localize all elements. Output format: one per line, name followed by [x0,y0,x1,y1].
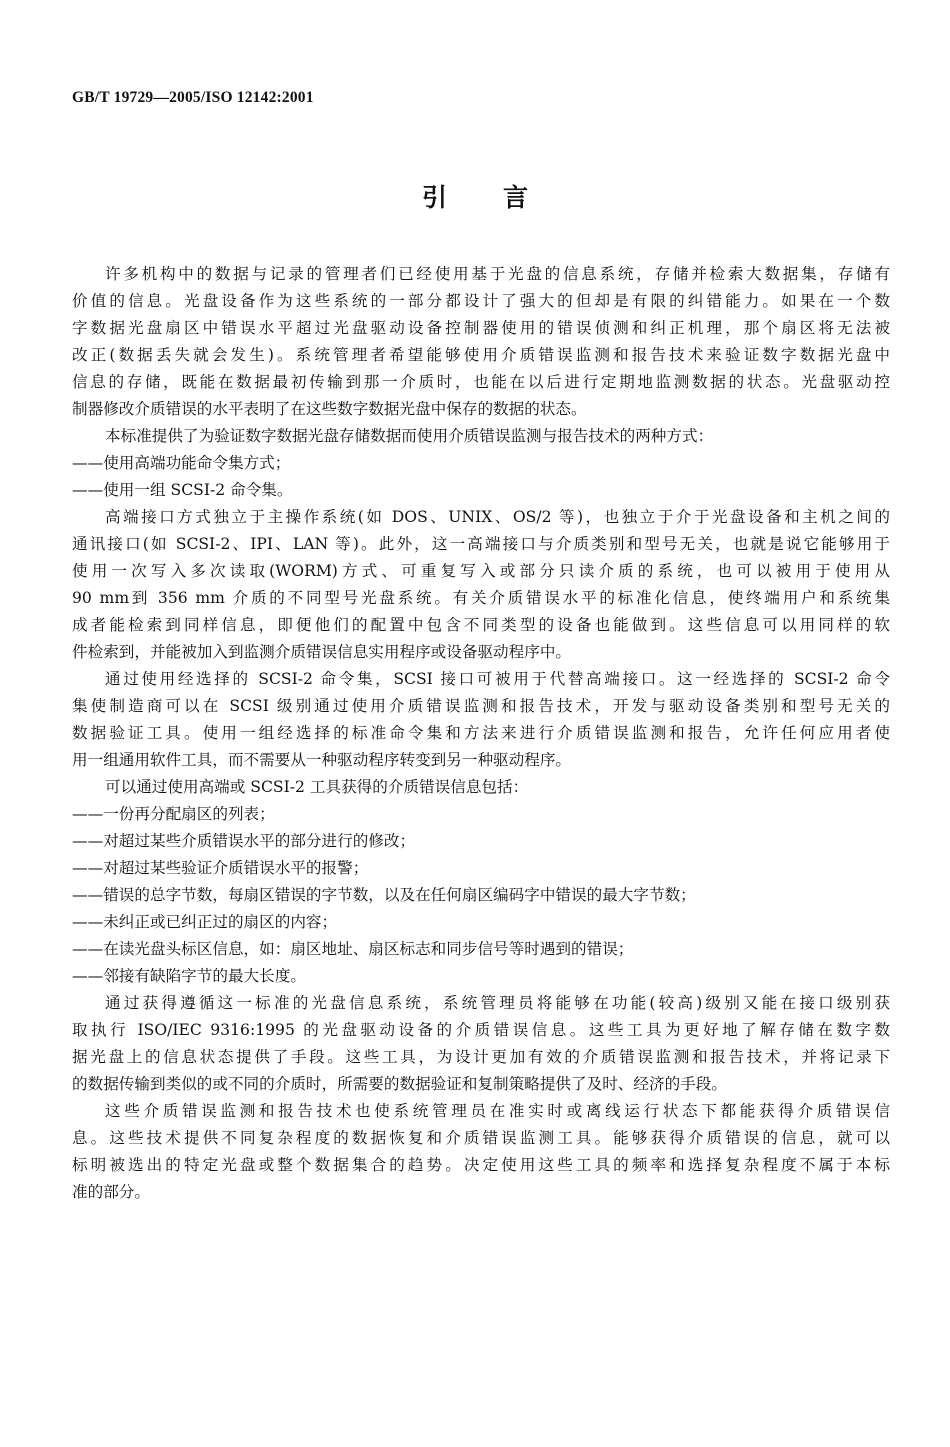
text-line: 用一组通用软件工具，而不需要从一种驱动程序转变到另一种驱动程序。 [72,747,890,774]
section-title: 引言 [0,178,950,214]
text-line: 信息的存储，既能在数据最初传输到那一介质时，也能在以后进行定期地监测数据的状态。… [72,369,890,396]
list-item: ——错误的总字节数，每扇区错误的字节数，以及在任何扇区编码字中错误的最大字节数； [72,882,890,909]
list-item: ——对超过某些验证介质错误水平的报警； [72,855,890,882]
text-line: 价值的信息。光盘设备作为这些系统的一部分都设计了强大的但却是有限的纠错能力。如果… [72,288,890,315]
text-line: 本标准提供了为验证数字数据光盘存储数据而使用介质错误监测与报告技术的两种方式： [72,423,890,450]
text-line: ——对超过某些验证介质错误水平的报警； [72,855,890,882]
text-line: 许多机构中的数据与记录的管理者们已经使用基于光盘的信息系统，存储并检索大数据集，… [72,261,890,288]
list-item: ——使用一组 SCSI-2 命令集。 [72,477,890,504]
text-line: 的数据传输到类似的或不同的介质时，所需要的数据验证和复制策略提供了及时、经济的手… [72,1071,890,1098]
text-line: 这些介质错误监测和报告技术也使系统管理员在准实时或离线运行状态下都能获得介质错误… [72,1098,890,1125]
list-item: ——在读光盘头标区信息，如：扇区地址、扇区标志和同步信号等时遇到的错误； [72,936,890,963]
text-line: 制器修改介质错误的水平表明了在这些数字数据光盘中保存的数据的状态。 [72,396,890,423]
standard-number: GB/T 19729—2005/ISO 12142:2001 [72,89,314,106]
text-line: 可以通过使用高端或 SCSI-2 工具获得的介质错误信息包括： [72,774,890,801]
text-line: ——邻接有缺陷字节的最大长度。 [72,963,890,990]
paragraph: 可以通过使用高端或 SCSI-2 工具获得的介质错误信息包括： [72,774,890,801]
text-line: 使用一次写入多次读取(WORM)方式、可重复写入或部分只读介质的系统，也可以被用… [72,558,890,585]
text-line: ——使用高端功能命令集方式； [72,450,890,477]
title-char-2: 言 [503,178,528,214]
text-line: 标明被选出的特定光盘或整个数据集合的趋势。决定使用这些工具的频率和选择复杂程度不… [72,1152,890,1179]
title-char-1: 引 [422,178,447,214]
text-line: 字数据光盘扇区中错误水平超过光盘驱动设备控制器使用的错误侦测和纠正机理，那个扇区… [72,315,890,342]
standard-number-header: GB/T 19729—2005/ISO 12142:2001 [72,89,314,107]
paragraph: 高端接口方式独立于主操作系统(如 DOS、UNIX、OS/2 等)，也独立于介于… [72,504,890,666]
document-body: 许多机构中的数据与记录的管理者们已经使用基于光盘的信息系统，存储并检索大数据集，… [72,261,890,1206]
text-line: 通过获得遵循这一标准的光盘信息系统，系统管理员将能够在功能(较高)级别又能在接口… [72,990,890,1017]
list-item: ——未纠正或已纠正过的扇区的内容； [72,909,890,936]
text-line: ——在读光盘头标区信息，如：扇区地址、扇区标志和同步信号等时遇到的错误； [72,936,890,963]
text-line: 准的部分。 [72,1179,890,1206]
list-item: ——使用高端功能命令集方式； [72,450,890,477]
text-line: 件检索到，并能被加入到监测介质错误信息实用程序或设备驱动程序中。 [72,639,890,666]
paragraph: 许多机构中的数据与记录的管理者们已经使用基于光盘的信息系统，存储并检索大数据集，… [72,261,890,423]
text-line: 据光盘上的信息状态提供了手段。这些工具，为设计更加有效的介质错误监测和报告技术，… [72,1044,890,1071]
text-line: ——错误的总字节数，每扇区错误的字节数，以及在任何扇区编码字中错误的最大字节数； [72,882,890,909]
text-line: 集使制造商可以在 SCSI 级别通过使用介质错误监测和报告技术，开发与驱动设备类… [72,693,890,720]
text-line: 90 mm到 356 mm 介质的不同型号光盘系统。有关介质错误水平的标准化信息… [72,585,890,612]
text-line: ——对超过某些介质错误水平的部分进行的修改； [72,828,890,855]
text-line: 改正(数据丢失就会发生)。系统管理者希望能够使用介质错误监测和报告技术来验证数字… [72,342,890,369]
paragraph: 这些介质错误监测和报告技术也使系统管理员在准实时或离线运行状态下都能获得介质错误… [72,1098,890,1206]
paragraph: 通过获得遵循这一标准的光盘信息系统，系统管理员将能够在功能(较高)级别又能在接口… [72,990,890,1098]
paragraph: 通过使用经选择的 SCSI-2 命令集，SCSI 接口可被用于代替高端接口。这一… [72,666,890,774]
text-line: 通讯接口(如 SCSI-2、IPI、LAN 等)。此外，这一高端接口与介质类别和… [72,531,890,558]
paragraph: 本标准提供了为验证数字数据光盘存储数据而使用介质错误监测与报告技术的两种方式： [72,423,890,450]
text-line: ——一份再分配扇区的列表； [72,801,890,828]
text-line: 取执行 ISO/IEC 9316:1995 的光盘驱动设备的介质错误信息。这些工… [72,1017,890,1044]
text-line: 通过使用经选择的 SCSI-2 命令集，SCSI 接口可被用于代替高端接口。这一… [72,666,890,693]
text-line: 数据验证工具。使用一组经选择的标准命令集和方法来进行介质错误监测和报告，允许任何… [72,720,890,747]
text-line: 息。这些技术提供不同复杂程度的数据恢复和介质错误监测工具。能够获得介质错误的信息… [72,1125,890,1152]
list-item: ——对超过某些介质错误水平的部分进行的修改； [72,828,890,855]
list-item: ——邻接有缺陷字节的最大长度。 [72,963,890,990]
text-line: ——未纠正或已纠正过的扇区的内容； [72,909,890,936]
text-line: 高端接口方式独立于主操作系统(如 DOS、UNIX、OS/2 等)，也独立于介于… [72,504,890,531]
text-line: 成者能检索到同样信息，即便他们的配置中包含不同类型的设备也能做到。这些信息可以用… [72,612,890,639]
text-line: ——使用一组 SCSI-2 命令集。 [72,477,890,504]
list-item: ——一份再分配扇区的列表； [72,801,890,828]
